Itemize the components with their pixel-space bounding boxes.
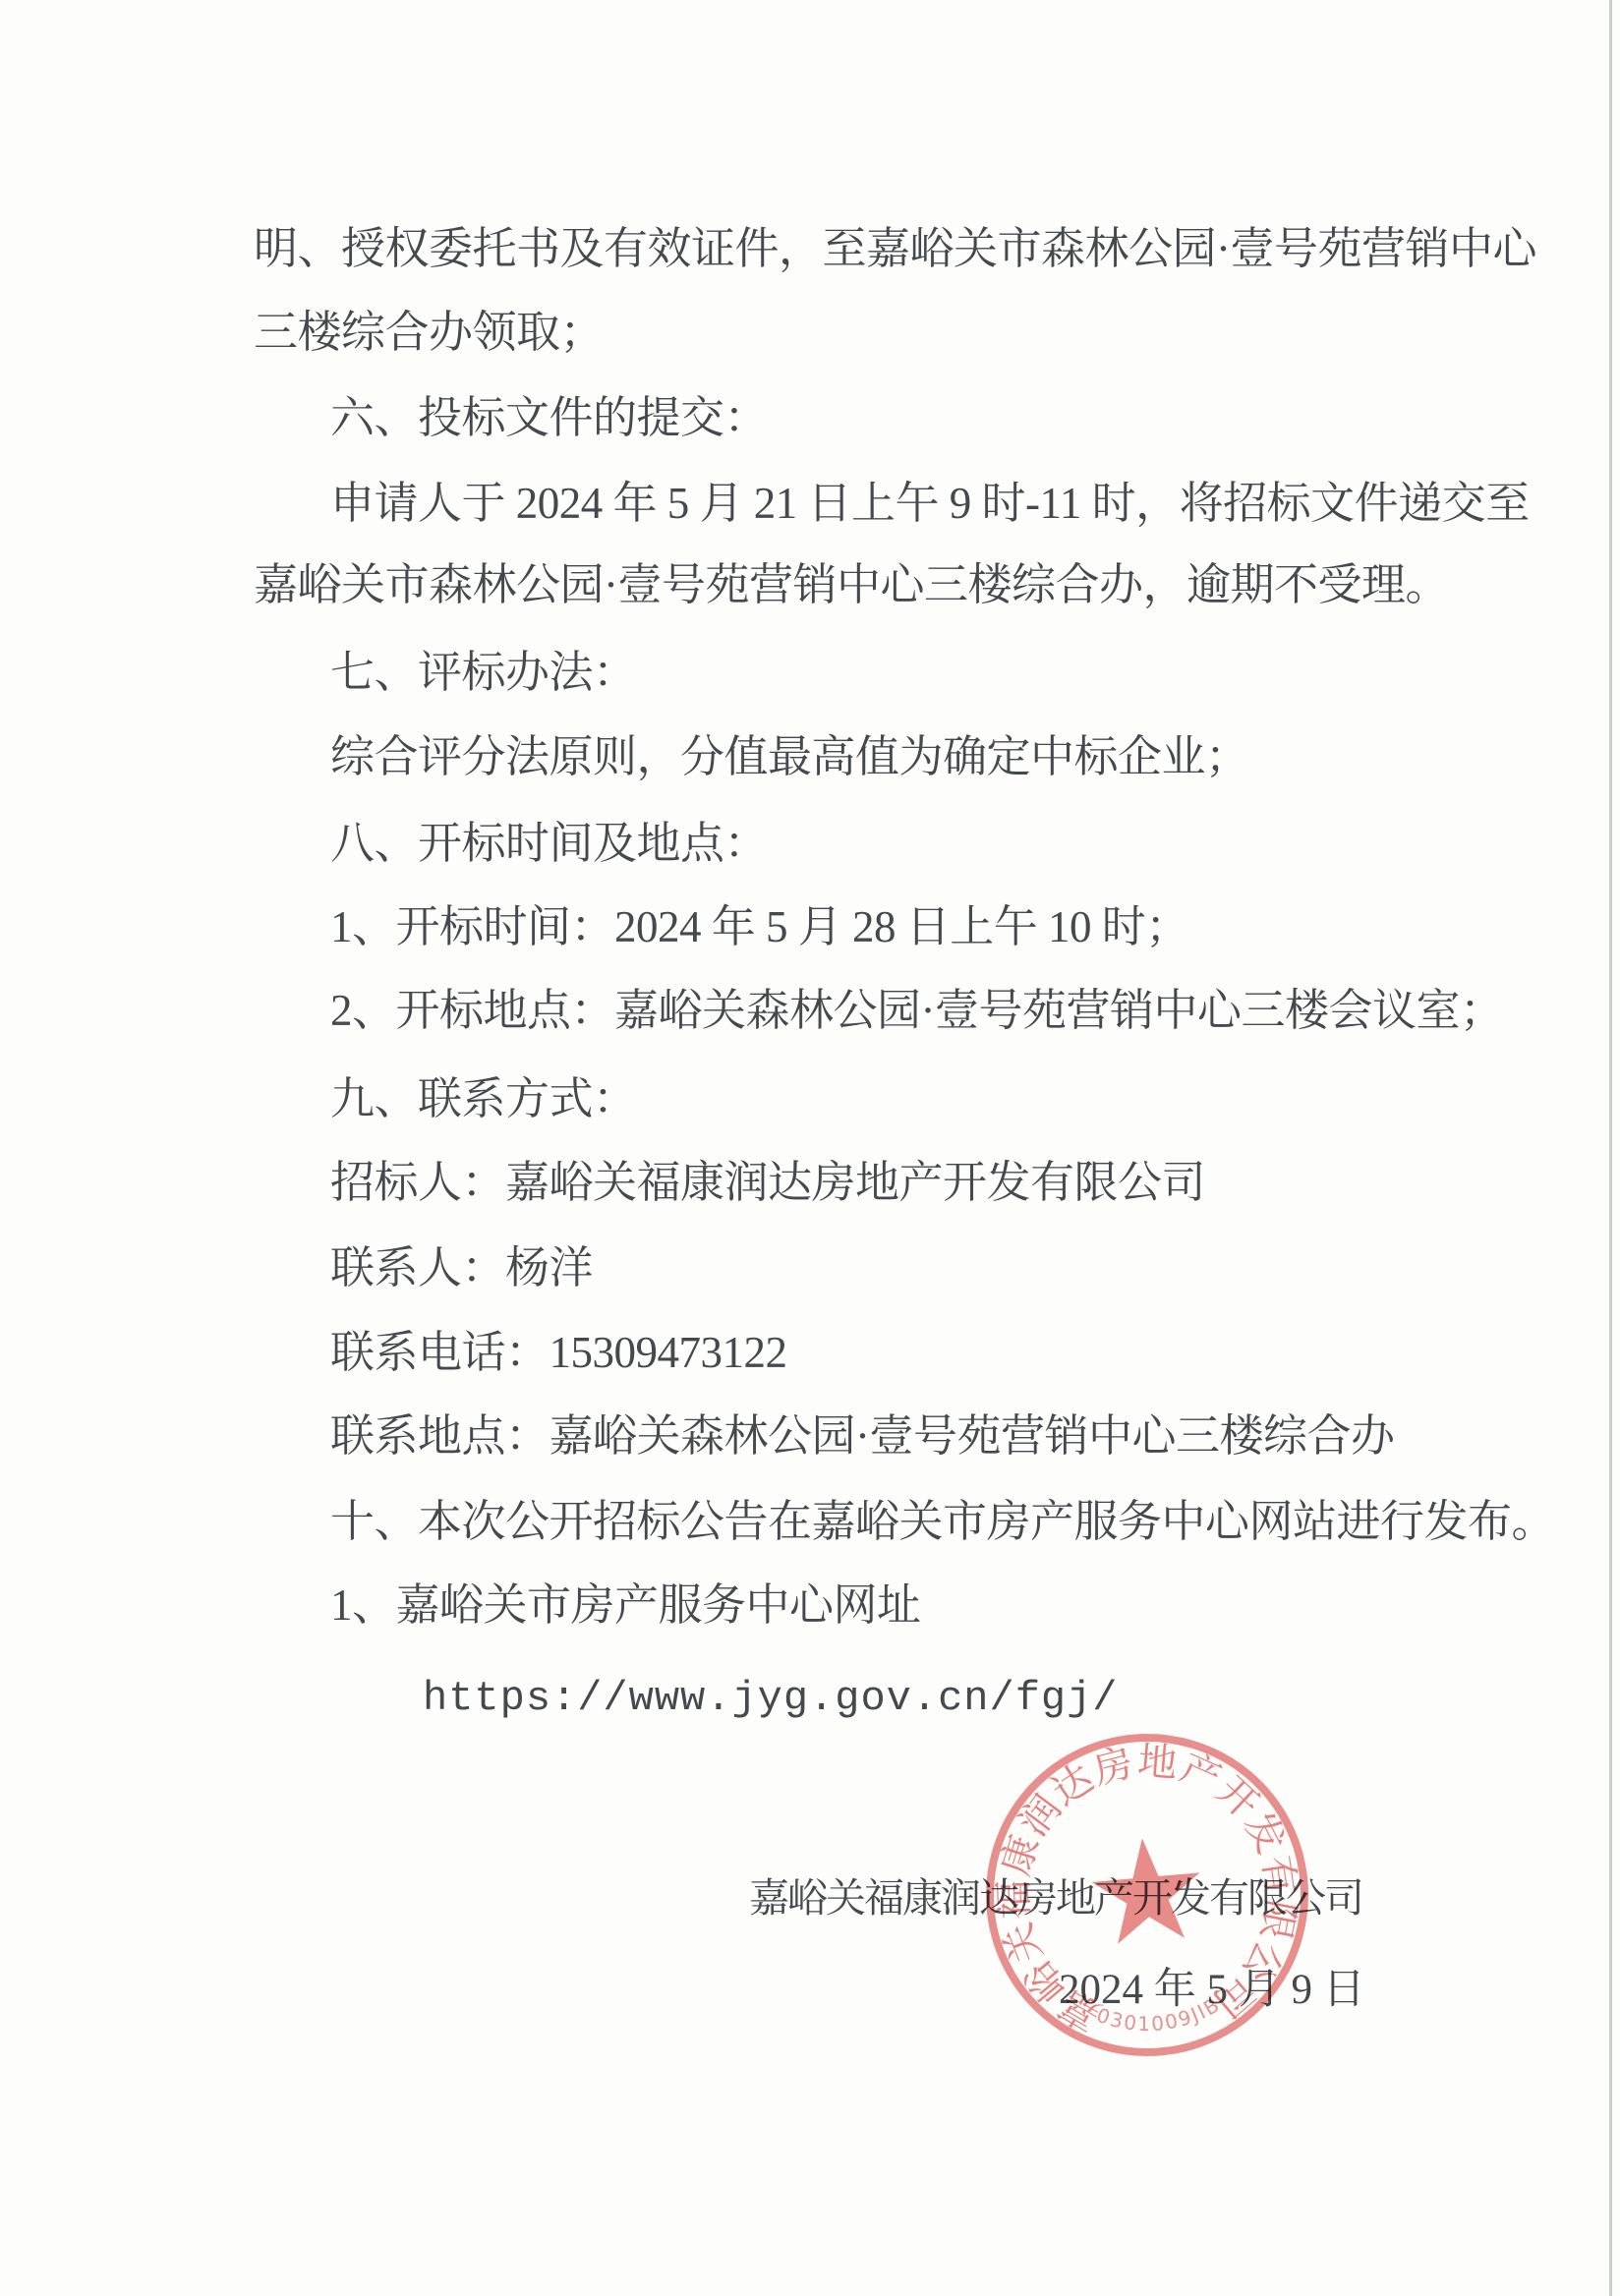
text-line-7: 综合评分法原则，分值最高值为确定中标企业； (330, 729, 1249, 784)
text-line-3: 六、投标文件的提交： (330, 390, 768, 445)
text-line-4: 申请人于 2024 年 5 月 21 日上午 9 时-11 时，将招标文件递交至 (330, 476, 1530, 531)
text-line-10: 2、开标地点：嘉峪关森林公园·壹号苑营销中心三楼会议室； (330, 983, 1504, 1038)
text-line-2: 三楼综合办领取； (254, 305, 604, 360)
scan-edge-line (1609, 0, 1612, 2296)
text-line-11: 九、联系方式： (330, 1071, 637, 1126)
text-line-13: 联系人：杨洋 (330, 1240, 593, 1295)
text-line-12: 招标人：嘉峪关福康润达房地产开发有限公司 (330, 1155, 1205, 1210)
company-seal: 嘉峪关福康润达房地产开发有限公司 XB210301009JIBL4DY (964, 1712, 1331, 2079)
text-line-5: 嘉峪关市森林公园·壹号苑营销中心三楼综合办，逾期不受理。 (254, 557, 1449, 612)
text-line-8: 八、开标时间及地点： (330, 816, 768, 871)
text-line-6: 七、评标办法： (330, 645, 637, 700)
text-line-14: 联系电话：15309473122 (330, 1325, 787, 1380)
text-line-1: 明、授权委托书及有效证件，至嘉峪关市森林公园·壹号苑营销中心 (254, 221, 1536, 276)
website-url-text: https://www.jyg.gov.cn/fgj/ (423, 1671, 1119, 1726)
document-page: 明、授权委托书及有效证件，至嘉峪关市森林公园·壹号苑营销中心 三楼综合办领取； … (0, 0, 1620, 2296)
text-line-15: 联系地点：嘉峪关森林公园·壹号苑营销中心三楼综合办 (330, 1408, 1395, 1464)
text-line-17: 1、嘉峪关市房产服务中心网址 (330, 1578, 921, 1633)
seal-star-icon (1088, 1833, 1205, 1945)
text-line-16: 十、本次公开招标公告在嘉峪关市房产服务中心网站进行发布。 (330, 1494, 1555, 1549)
text-line-9: 1、开标时间：2024 年 5 月 28 日上午 10 时； (330, 899, 1189, 954)
